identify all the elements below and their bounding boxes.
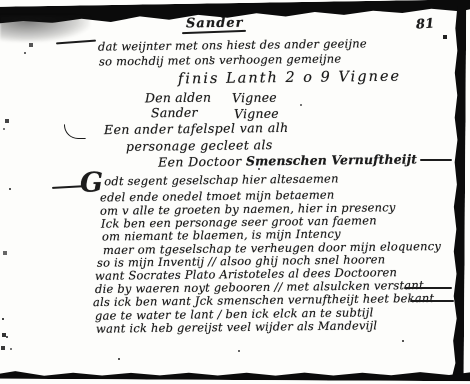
line-end-dash [410, 300, 454, 302]
title-lead-curl [64, 124, 86, 139]
scan-smudge [0, 16, 90, 42]
character-name: Smenschen Vernuftheijt [246, 151, 417, 168]
title-line-prefix: Een Doctoor [158, 154, 246, 170]
signature-mark: Vignee [232, 90, 277, 106]
manuscript-scan-page: Sander 81 dat weijnter met ons hiest des… [0, 0, 470, 384]
scan-border-right [452, 6, 467, 378]
signature-name: Den alden [145, 90, 211, 106]
title-line: Een Doctoor Smenschen Vernuftheijt [158, 151, 417, 169]
manuscript-line-text: odt segent geselschap hier altesaemen [104, 171, 339, 188]
running-header: Sander [186, 16, 244, 32]
scan-speckles [0, 0, 2, 2]
signature-mark: Vignee [234, 106, 279, 122]
signature-name: Sander [151, 105, 198, 121]
manuscript-line: want ick heb gereijst veel wijder als Ma… [96, 318, 377, 335]
colophon-line: finis Lanth 2 o 9 Vignee [178, 69, 401, 88]
scan-border-bottom [0, 368, 470, 382]
title-end-dash [420, 159, 452, 161]
manuscript-line: so mochdij met ons verhoogen gemeijne [99, 52, 341, 69]
page-number: 81 [415, 16, 435, 32]
title-line: personage gecleet als [126, 137, 273, 154]
title-line: Een ander tafelspel van alh [104, 120, 289, 137]
line-end-dash [404, 287, 452, 289]
